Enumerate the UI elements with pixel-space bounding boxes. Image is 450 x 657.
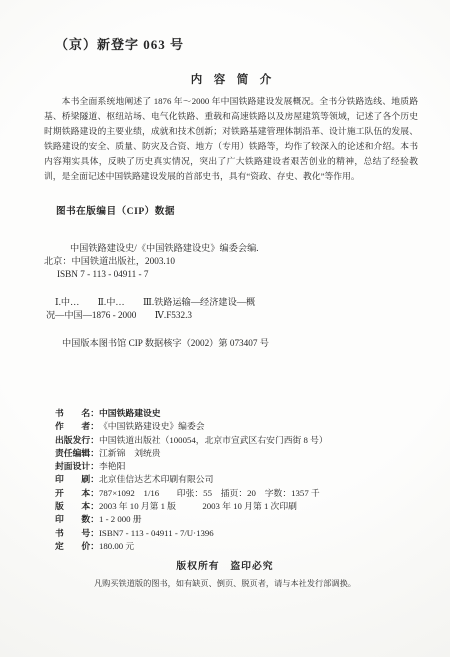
exchange-note: 凡购买铁道版的图书，如有缺页、倒页、脱页者，请与本社发行部调换。: [0, 578, 450, 589]
cip-classification-line-1: Ⅰ.中… Ⅱ.中… Ⅲ.铁路运输—经济建设—概: [44, 296, 418, 309]
content-intro-section: 内 容 简 介 本书全面系统地阐述了 1876 年～2000 年中国铁路建设发展…: [44, 71, 418, 184]
colophon-value: 2003 年 10 月第 1 版 2003 年 10 月第 1 次印刷: [99, 500, 297, 513]
registration-number: （京）新登字 063 号: [55, 34, 184, 53]
book-copyright-page: （京）新登字 063 号 内 容 简 介 本书全面系统地阐述了 1876 年～2…: [0, 0, 450, 657]
colophon-section: 书 名：中国铁路建设史作 者：《中国铁路建设史》编委会出版发行：中国铁道出版社（…: [55, 407, 417, 553]
colophon-value: 北京佳信达艺术印刷有限公司: [99, 473, 213, 486]
cip-title-line: 中国铁路建设史/《中国铁路建设史》编委会编.: [44, 242, 418, 255]
colophon-row: 作 者：《中国铁路建设史》编委会: [55, 420, 417, 433]
colophon-row: 印 数：1 - 2 000 册: [55, 513, 417, 526]
content-intro-title: 内 容 简 介: [44, 71, 418, 87]
cip-classification-line-2: 况—中国—1876 - 2000 Ⅳ.F532.3: [44, 309, 418, 322]
colophon-label: 书 号：: [55, 527, 99, 540]
colophon-value: 中国铁路建设史: [99, 407, 161, 420]
colophon-row: 开 本：787×1092 1/16 印张：55 插页：20 字数：1357 千: [55, 487, 417, 500]
colophon-label: 开 本：: [55, 487, 99, 500]
content-intro-paragraph: 本书全面系统地阐述了 1876 年～2000 年中国铁路建设发展概况。全书分铁路…: [44, 94, 418, 184]
colophon-label: 出版发行：: [55, 434, 99, 447]
colophon-label: 书 名：: [55, 407, 99, 420]
colophon-value: 1 - 2 000 册: [99, 513, 142, 526]
cip-section: 图书在版编目（CIP）数据 中国铁路建设史/《中国铁路建设史》编委会编. 北京：…: [44, 205, 418, 350]
colophon-label: 定 价：: [55, 540, 99, 553]
colophon-label: 印 刷：: [55, 473, 99, 486]
colophon-value: ISBN7 - 113 - 04911 - 7/U·1396: [99, 527, 214, 540]
colophon-label: 封面设计：: [55, 460, 99, 473]
colophon-value: 《中国铁路建设史》编委会: [99, 420, 205, 433]
colophon-value: 180.00 元: [99, 540, 134, 553]
colophon-row: 版 本：2003 年 10 月第 1 版 2003 年 10 月第 1 次印刷: [55, 500, 417, 513]
colophon-value: 李艳阳: [99, 460, 125, 473]
cip-isbn-line: ISBN 7 - 113 - 04911 - 7: [44, 268, 418, 281]
colophon-row: 出版发行：中国铁道出版社（100054，北京市宣武区右安门西街 8 号）: [55, 434, 417, 447]
colophon-label: 责任编辑：: [55, 447, 99, 460]
colophon-row: 书 名：中国铁路建设史: [55, 407, 417, 420]
cip-publisher-line: 北京：中国铁道出版社，2003.10: [44, 255, 418, 268]
colophon-row: 封面设计：李艳阳: [55, 460, 417, 473]
colophon-row: 印 刷：北京佳信达艺术印刷有限公司: [55, 473, 417, 486]
colophon-row: 定 价：180.00 元: [55, 540, 417, 553]
colophon-value: 中国铁道出版社（100054，北京市宣武区右安门西街 8 号）: [99, 434, 328, 447]
colophon-value: 江新锦 刘统贵: [99, 447, 161, 460]
colophon-row: 书 号：ISBN7 - 113 - 04911 - 7/U·1396: [55, 527, 417, 540]
colophon-label: 版 本：: [55, 500, 99, 513]
colophon-row: 责任编辑：江新锦 刘统贵: [55, 447, 417, 460]
footer-section: 版权所有 盗印必究 凡购买铁道版的图书，如有缺页、倒页、脱页者，请与本社发行部调…: [0, 558, 450, 589]
cip-record-number-line: 中国版本图书馆 CIP 数据核字（2002）第 073407 号: [44, 337, 418, 350]
colophon-value: 787×1092 1/16 印张：55 插页：20 字数：1357 千: [99, 487, 320, 500]
copyright-notice: 版权所有 盗印必究: [0, 558, 450, 572]
colophon-label: 印 数：: [55, 513, 99, 526]
cip-heading: 图书在版编目（CIP）数据: [56, 205, 418, 218]
colophon-label: 作 者：: [55, 420, 99, 433]
